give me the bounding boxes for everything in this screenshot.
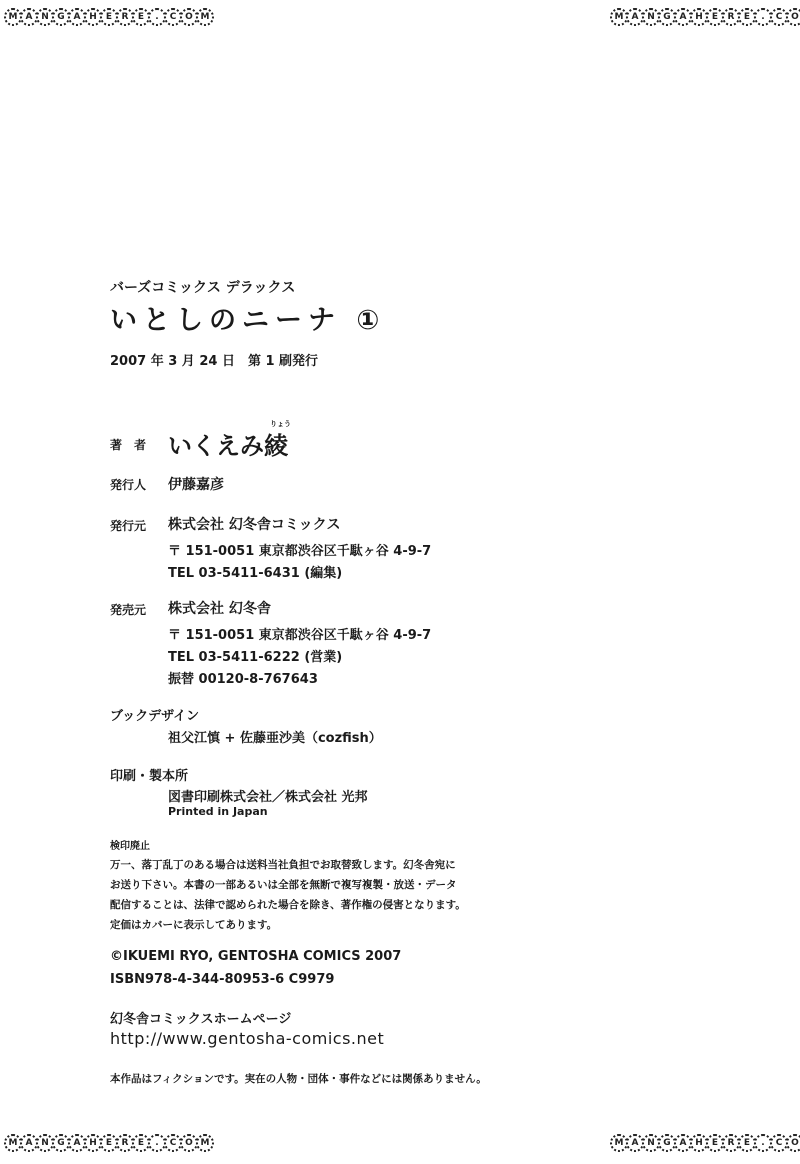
book-design-value: 祖父江慎 + 佐藤亜沙美（cozfish）: [168, 727, 382, 746]
notice-line: 万一、落丁乱丁のある場合は送料当社負担でお取替致します。幻冬舎宛に: [110, 857, 456, 872]
series-label: バーズコミックス デラックス: [110, 277, 295, 297]
printing-label: 印刷・製本所: [110, 765, 188, 784]
publisher-person-label: 発行人: [110, 476, 146, 493]
publisher-person-name: 伊藤嘉彦: [168, 474, 224, 494]
issuer-address: 〒 151-0051 東京都渋谷区千駄ヶ谷 4-9-7: [168, 540, 431, 559]
distributor-transfer: 振替 00120-8-767643: [168, 668, 318, 687]
watermark-letter: M: [196, 8, 214, 26]
distributor-tel: TEL 03-5411-6222 (営業): [168, 646, 342, 665]
watermark-letter: O: [786, 1134, 800, 1152]
watermark-top-right: MANGAHERE.COM: [610, 6, 800, 28]
disclaimer: 本作品はフィクションです。実在の人物・団体・事件などには関係ありません。: [110, 1071, 487, 1086]
issuer-name: 株式会社 幻冬舎コミックス: [168, 514, 340, 534]
issuer-label: 発行元: [110, 517, 146, 534]
notice-line: 定価はカバーに表示してあります。: [110, 917, 277, 932]
watermark-top-left: MANGAHERE.COM: [4, 6, 214, 28]
notice-title: 検印廃止: [110, 837, 150, 852]
publication-date: 2007 年 3 月 24 日 第 1 刷発行: [110, 350, 318, 369]
distributor-label: 発売元: [110, 601, 146, 618]
printed-in-japan: Printed in Japan: [168, 805, 268, 818]
homepage-label: 幻冬舎コミックスホームページ: [110, 1008, 291, 1027]
book-design-label: ブックデザイン: [110, 705, 199, 724]
watermark-bottom-left: MANGAHERE.COM: [4, 1132, 214, 1154]
distributor-name: 株式会社 幻冬舎: [168, 598, 271, 618]
watermark-letter: O: [786, 8, 800, 26]
watermark-bottom-right: MANGAHERE.COM: [610, 1132, 800, 1154]
copyright: ©IKUEMI RYO, GENTOSHA COMICS 2007: [110, 949, 401, 964]
printing-value: 図書印刷株式会社／株式会社 光邦: [168, 786, 368, 805]
isbn: ISBN978-4-344-80953-6 C9979: [110, 972, 334, 987]
homepage-url[interactable]: http://www.gentosha-comics.net: [110, 1029, 384, 1048]
watermark-letter: M: [196, 1134, 214, 1152]
author-label: 著 者: [110, 436, 146, 453]
distributor-address: 〒 151-0051 東京都渋谷区千駄ヶ谷 4-9-7: [168, 624, 431, 643]
issuer-tel: TEL 03-5411-6431 (編集): [168, 562, 342, 581]
author-name: いくえみ綾: [168, 426, 288, 461]
notice-line: 配信することは、法律で認められた場合を除き、著作権の侵害となります。: [110, 897, 466, 912]
book-title: いとしのニーナ ①: [110, 298, 385, 337]
notice-line: お送り下さい。本書の一部あるいは全部を無断で複写複製・放送・データ: [110, 877, 457, 892]
